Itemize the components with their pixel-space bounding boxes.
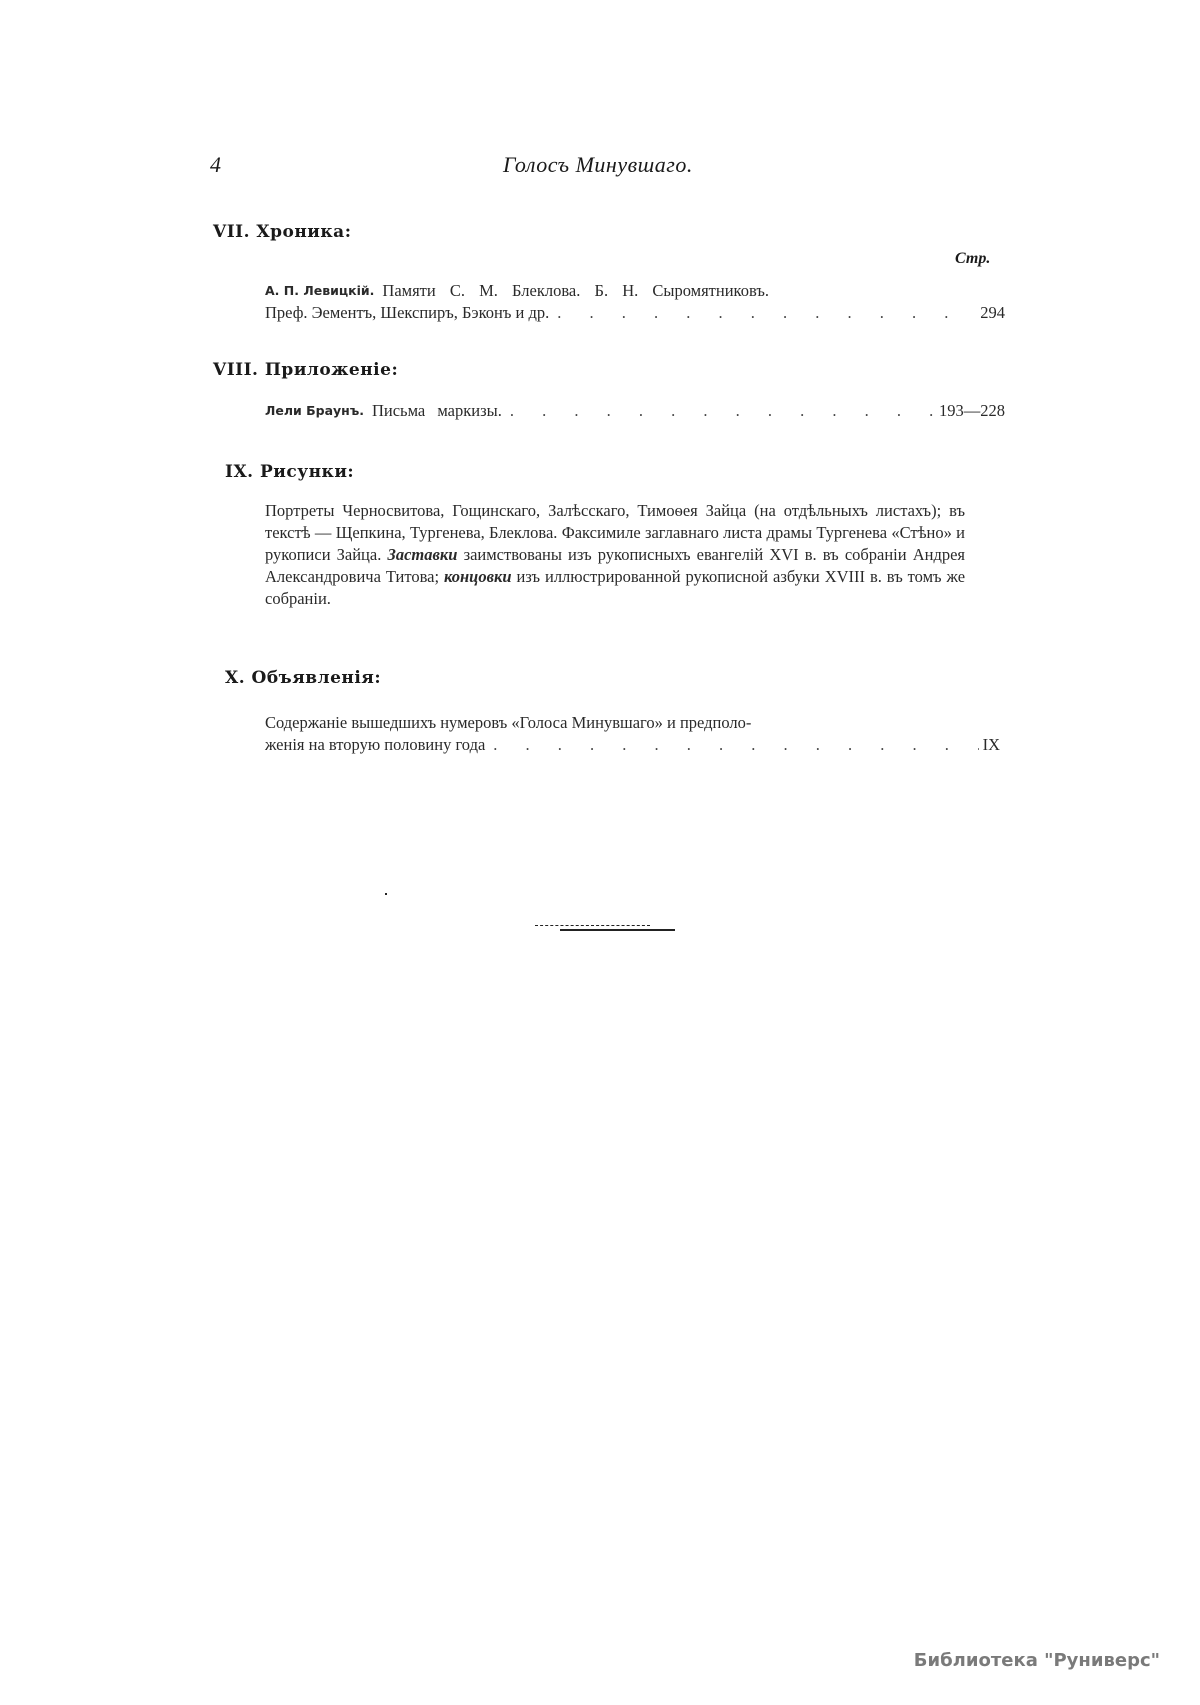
leader-dots: . . . . . . . . . . . . . . . . . . . . … [502,400,935,422]
toc-entry-chronicle: А. П. Левицкій. Памяти С. М. Блеклова. Б… [265,280,1005,324]
entry-title: Письма маркизы. [372,400,502,422]
ink-speck [385,893,387,895]
entry-page: 294 [976,302,1005,324]
entry-title-continued: женія на вторую половину года [265,734,485,756]
entry-title: Содержаніе вышедшихъ нумеровъ «Голоса Ми… [265,712,751,734]
running-title: Голосъ Минувшаго. [503,152,693,178]
entry-title: Памяти С. М. Блеклова. Б. Н. Сыромятнико… [382,280,769,302]
library-watermark: Библиотека "Руниверс" [914,1650,1160,1671]
section-heading-illustrations: IX. Рисунки: [225,462,354,482]
section-heading-chronicle: VII. Хроника: [213,222,351,242]
entry-author: Лели Браунъ. [265,400,364,422]
entry-line: Лели Браунъ. Письма маркизы. . . . . . .… [265,400,1005,422]
entry-line: Содержаніе вышедшихъ нумеровъ «Голоса Ми… [265,712,1000,734]
rule-lower [560,929,675,931]
toc-entry-appendix: Лели Браунъ. Письма маркизы. . . . . . .… [265,400,1005,422]
entry-line: А. П. Левицкій. Памяти С. М. Блеклова. Б… [265,280,1005,302]
emphasis-headpieces: Заставки [387,545,457,564]
page-number: 4 [210,152,221,178]
entry-line: женія на вторую половину года . . . . . … [265,734,1000,756]
closing-rule [535,925,675,931]
entry-line: Преф. Эементъ, Шекспиръ, Бэконъ и др. . … [265,302,1005,324]
entry-page: IX [979,734,1000,756]
illustrations-paragraph: Портреты Черносвитова, Гощинскаго, Залѣс… [265,500,965,610]
page-column-label: Стр. [955,250,990,268]
leader-dots: . . . . . . . . . . . . . . . . . . . . … [485,734,978,756]
entry-page: 193—228 [935,400,1005,422]
leader-dots: . . . . . . . . . . . . . . . . . . . . … [549,302,976,324]
entry-title-continued: Преф. Эементъ, Шекспиръ, Бэконъ и др. [265,302,549,324]
section-heading-announcements: X. Объявленія: [225,668,381,688]
emphasis-tailpieces: концовки [444,567,511,586]
toc-entry-announcements: Содержаніе вышедшихъ нумеровъ «Голоса Ми… [265,712,1000,756]
rule-upper [535,925,650,926]
entry-author: А. П. Левицкій. [265,280,374,302]
section-heading-appendix: VIII. Приложеніе: [213,360,398,380]
